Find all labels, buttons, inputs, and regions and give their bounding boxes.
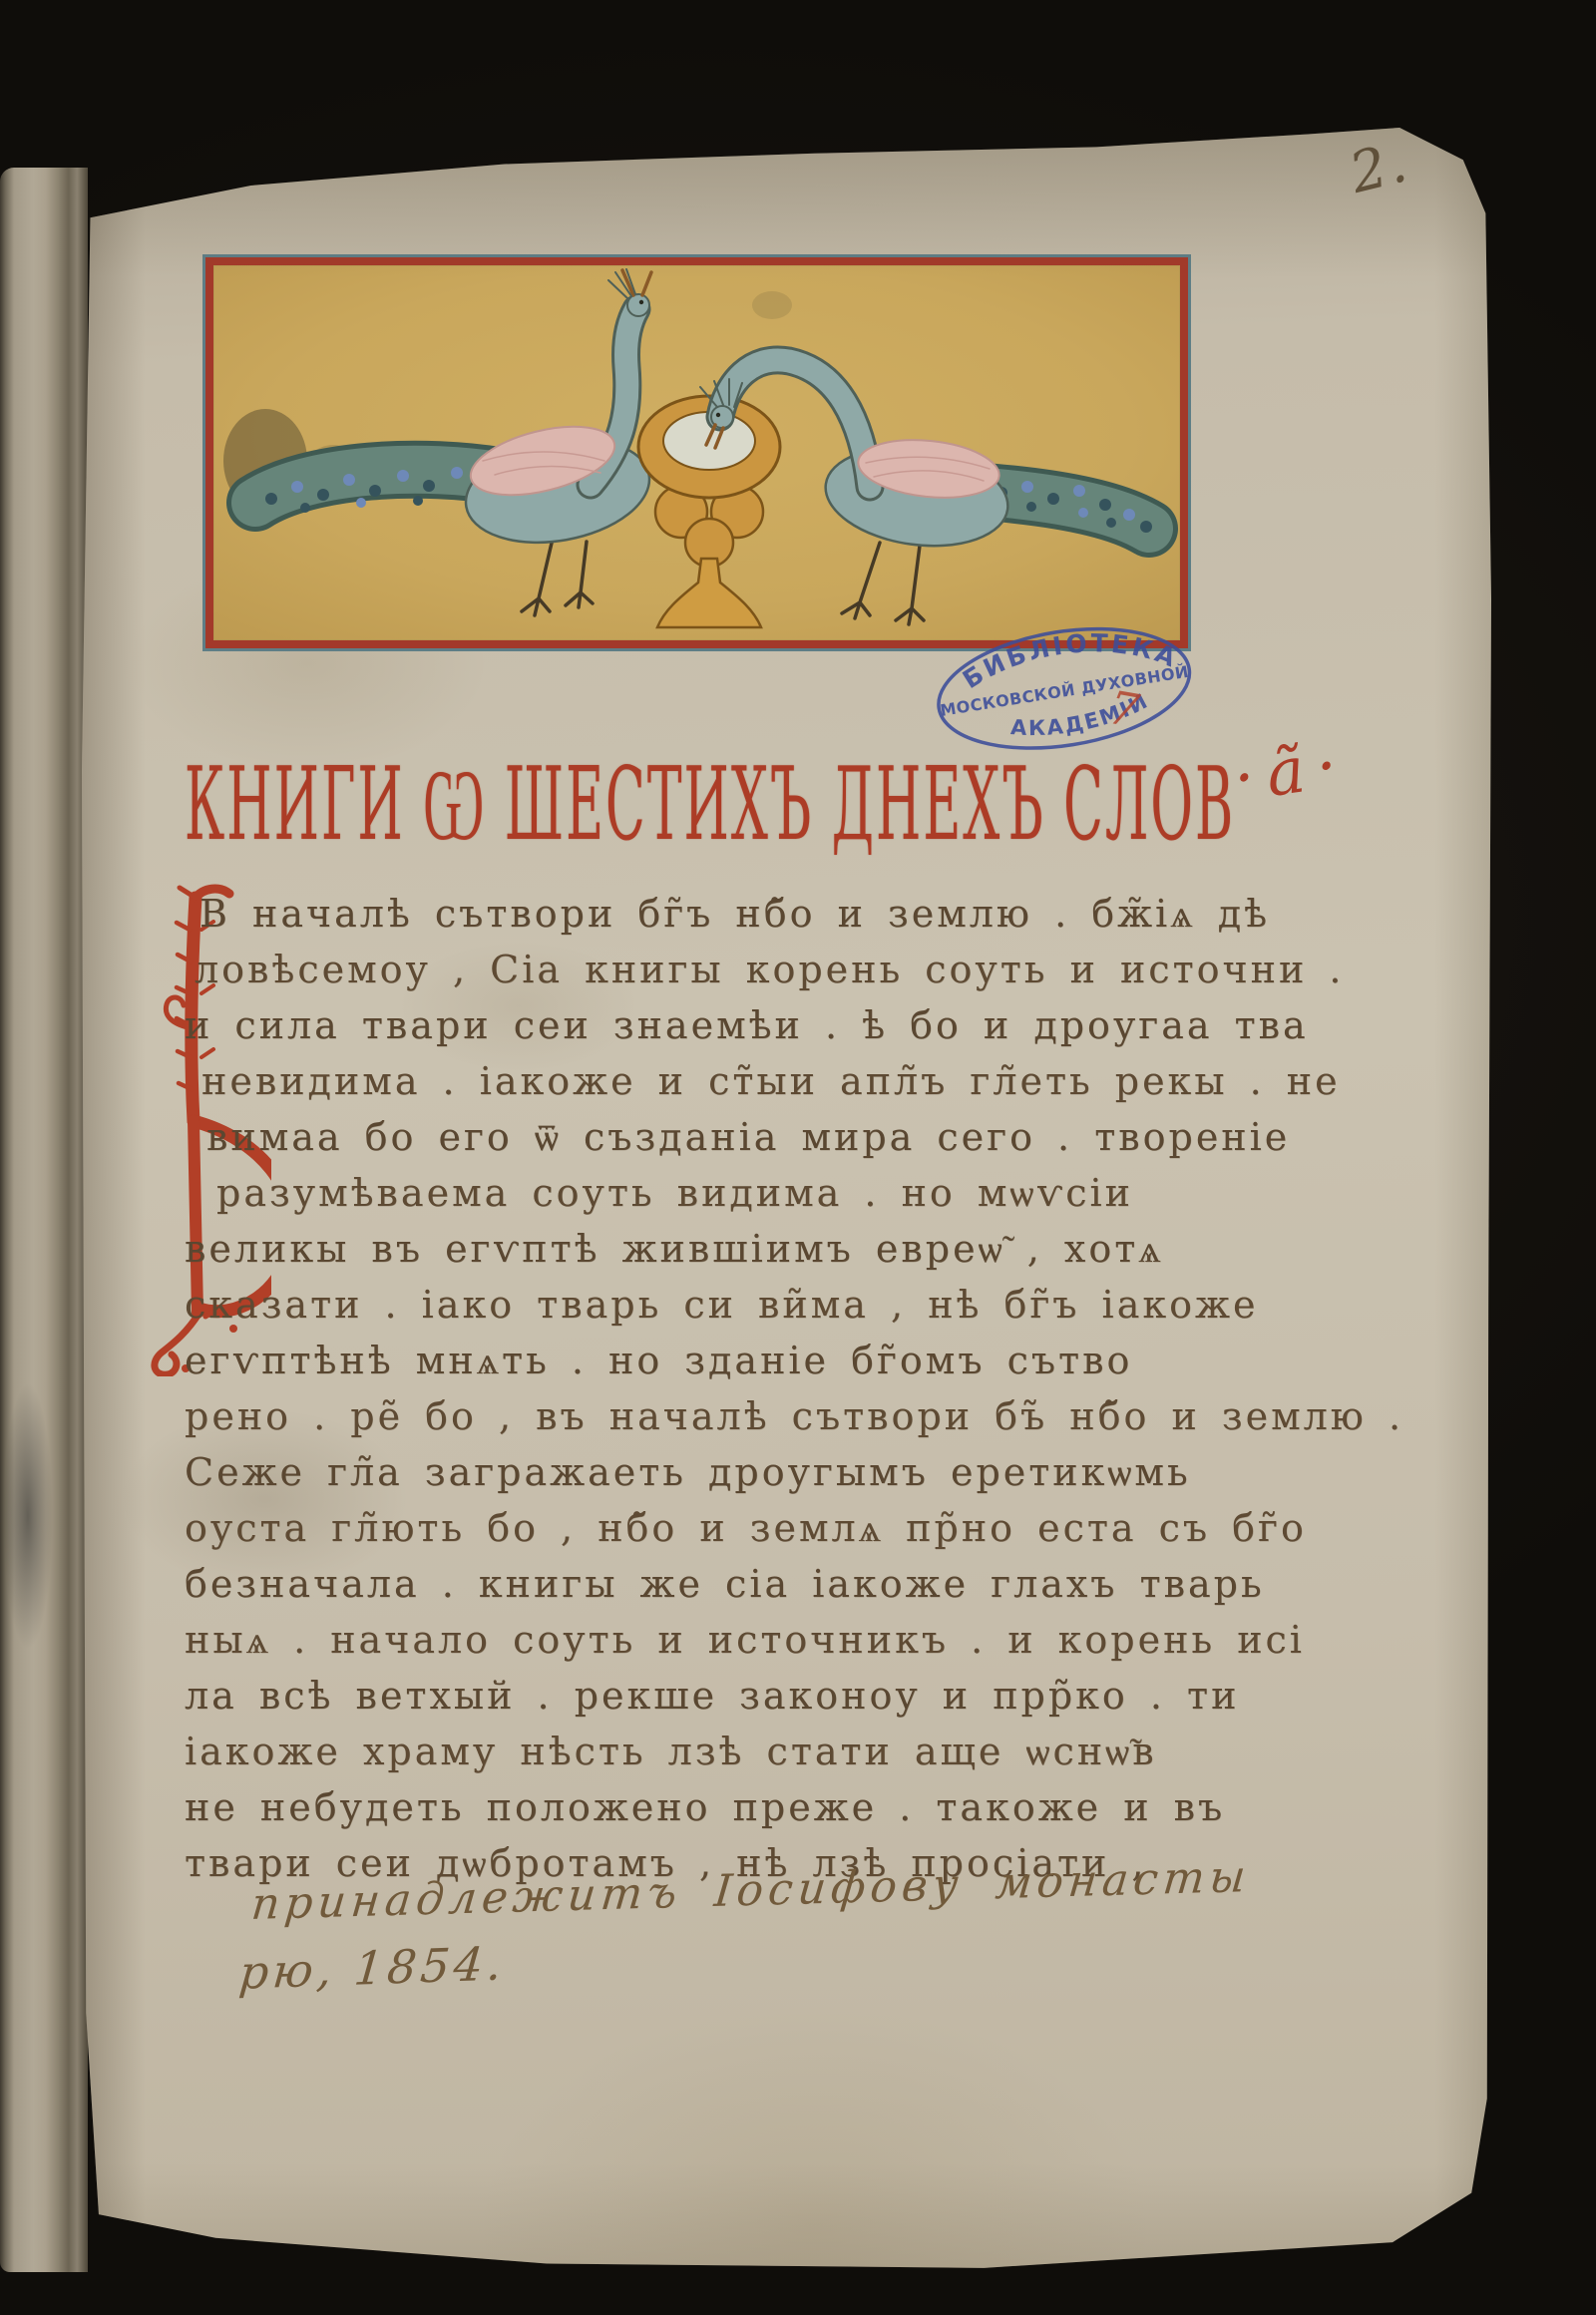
manuscript-line: сказати . іако тварь си ви̃ма , нѣ бг̃ъ …	[185, 1277, 1362, 1333]
book-gutter-page-edges	[0, 168, 88, 2272]
manuscript-line: Сеже гл̃а загражаеть дроугымъ еретикѡмь	[185, 1444, 1362, 1500]
manuscript-line: разумѣваема соуть видима . но мѡѵсіи	[216, 1165, 1362, 1221]
manuscript-line: вимаа бо его ѿ създаніа мира сего . твор…	[206, 1109, 1362, 1165]
manuscript-text: В началѣ сътвори бг̃ъ нб̃о и землю . бж̃…	[185, 886, 1362, 1891]
manuscript-line: ловѣсемоу , Сіа книгы корень соуть и ист…	[195, 942, 1362, 997]
manuscript-line: ныѧ . начало соуть и источникъ . и корен…	[185, 1612, 1362, 1668]
manuscript-line: В началѣ сътвори бг̃ъ нб̃о и землю . бж̃…	[199, 886, 1362, 942]
manuscript-photo: 2.	[0, 0, 1596, 2315]
manuscript-line: іакоже храму нѣсть лзѣ стати аще ѡснѡ̃в	[185, 1724, 1362, 1779]
stain-spot	[752, 291, 792, 319]
headpiece-miniature	[205, 257, 1188, 648]
folio-number: 2.	[1344, 130, 1414, 206]
manuscript-page: 2.	[82, 128, 1491, 2270]
peacocks-chalice-illustration	[213, 265, 1180, 640]
manuscript-line: ла всѣ ветхый . рекше законоу и прр̃ко .…	[185, 1668, 1362, 1724]
manuscript-line: и сила твари сеи знаемѣи . ѣ бо и дроуга…	[185, 997, 1362, 1053]
title-vyaz: КНИГИ Ѡ ШЕСТИХЪ ДНЕХЪ СЛОВ	[185, 748, 1235, 864]
chapter-number-mark: · а̃ ·	[1229, 729, 1338, 816]
manuscript-line: рено . ре̃ бо , въ началѣ сътвори бъ̃ нб…	[185, 1388, 1362, 1444]
manuscript-line: не небудеть положено преже . такоже и въ	[185, 1779, 1362, 1835]
title-row: КНИГИ Ѡ ШЕСТИХЪ ДНЕХЪ СЛОВ	[185, 748, 1282, 883]
gutter-smudge	[0, 1327, 70, 1706]
left-head	[627, 294, 649, 316]
ownership-note-line-2: рю, 1854.	[237, 1936, 508, 2000]
manuscript-line: невидима . іакоже и ст̃ыи апл̃ъ гл̃еть р…	[201, 1053, 1362, 1109]
manuscript-line: оуста гл̃ють бо , нб̃о и землѧ пр̃но ест…	[185, 1500, 1362, 1556]
manuscript-line: егѵптѣнѣ мнѧть . но зданіе бг̃омъ сътво	[185, 1333, 1362, 1388]
manuscript-line: великы въ егѵптѣ жившіимъ евреѡ̃ , хотѧ	[185, 1221, 1362, 1277]
manuscript-line: безначала . книгы же сіа іакоже глахъ тв…	[185, 1556, 1362, 1612]
